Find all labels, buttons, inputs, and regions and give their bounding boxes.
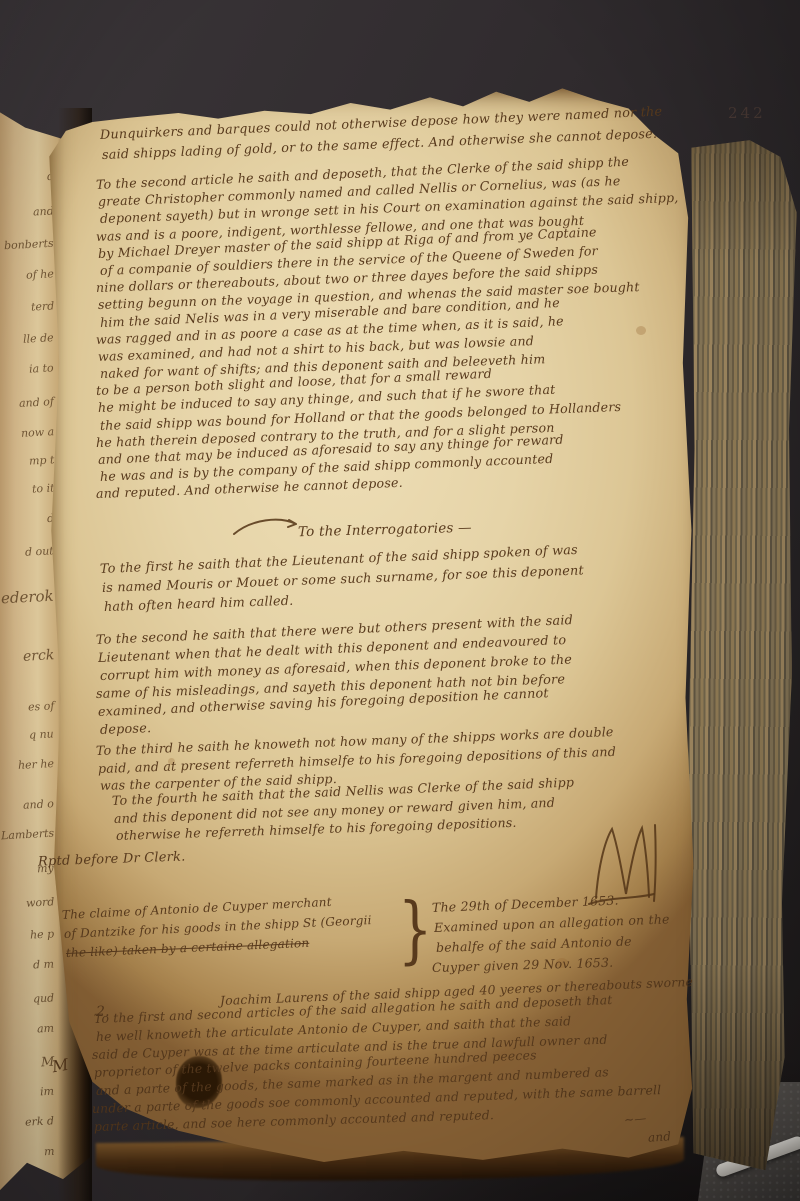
facing-text-fragment: mp t [28,453,54,467]
facing-text-fragment: d out [25,544,54,558]
facing-text-fragment: of he [26,267,54,281]
interrogatory-2: To the second he saith that there were b… [96,632,573,740]
facing-text-fragment: and of [19,395,55,410]
margin-claim-note: The claime of Antonio de Cuyper merchant… [62,906,372,963]
facing-text-fragment: m [43,1145,54,1159]
facing-text-fragment: he p [30,927,55,941]
interrogatory-4: To the fourth he saith that the said Nel… [112,792,574,845]
margin-brace: } [398,887,433,972]
facing-text-fragment: ia to [29,361,54,375]
gutter-mark: M [50,1055,70,1077]
facing-text-fragment: to it [31,481,54,495]
joachim-deposition: Joachim Laurens of the said shipp aged 4… [92,992,693,1136]
facing-text-fragment: her he [18,757,55,772]
facing-text-fragment: qud [33,991,55,1005]
facing-text-fragment: Lamberts [1,827,55,843]
heading-swash [230,514,308,540]
facing-text-fragment: lle de [23,331,54,346]
facing-text-fragment: erk d [25,1114,55,1128]
facing-text-fragment: es of [27,699,54,713]
manuscript-photo: dandbonbertsof heterdlle deia toand ofno… [0,0,800,1201]
article-two-deposition: To the second article he saith and depos… [96,176,679,503]
facing-text-fragment: now a [20,425,54,440]
facing-text-fragment: word [25,895,54,909]
facing-text-fragment: terd [30,299,54,313]
facing-text-fragment: am [37,1022,55,1036]
facing-text-fragment: q nu [29,727,54,741]
facing-text-fragment: and [33,204,54,218]
facing-text-fragment: d m [33,957,55,971]
facing-text-fragment: ederok [1,587,55,608]
facing-text-fragment: erck [22,647,54,665]
facing-text-fragment: and o [23,797,54,812]
page-number: 242 [728,104,766,122]
interrogatory-1: To the first he saith that the Lieutenan… [100,560,584,617]
facing-text-fragment: im [40,1085,55,1099]
facing-page-fragments: dandbonbertsof heterdlle deia toand ofno… [0,0,58,1201]
catchword: and [648,1129,672,1145]
facing-text-fragment: bonberts [4,237,54,253]
book-fore-edge [681,139,798,1170]
examination-date-block: The 29th of December 1653.Examined upon … [432,898,670,978]
flourish-dash: ~— [623,1111,647,1127]
